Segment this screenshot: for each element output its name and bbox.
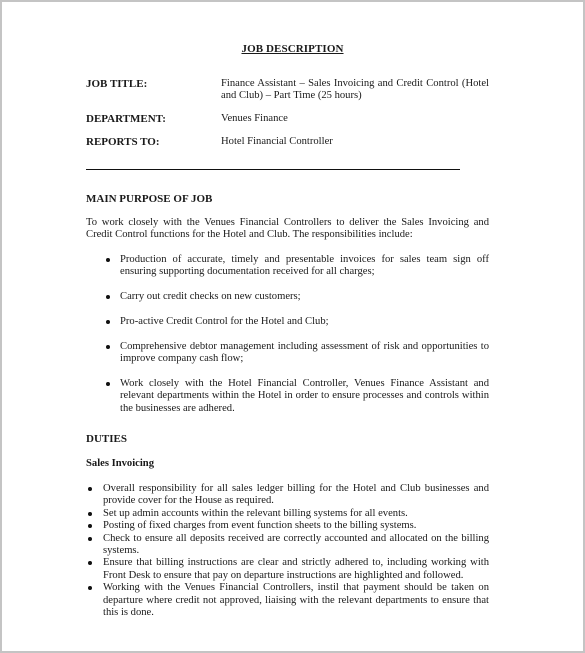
list-item-text: Overall responsibility for all sales led… — [103, 483, 489, 506]
list-item-text: Check to ensure all deposits received ar… — [103, 533, 489, 556]
bullet-icon — [106, 258, 110, 262]
job-title-label: JOB TITLE: — [86, 78, 147, 90]
sales-invoicing-subheading: Sales Invoicing — [86, 458, 154, 470]
bullet-icon — [88, 524, 92, 528]
department-value: Venues Finance — [221, 113, 489, 125]
bullet-icon — [106, 295, 110, 299]
list-item-text: Posting of fixed charges from event func… — [103, 520, 416, 531]
list-item-text: Comprehensive debtor management includin… — [120, 341, 489, 364]
main-purpose-heading: MAIN PURPOSE OF JOB — [86, 193, 212, 205]
department-label: DEPARTMENT: — [86, 113, 166, 125]
duties-list: Overall responsibility for all sales led… — [103, 483, 489, 619]
duties-heading: DUTIES — [86, 433, 127, 445]
main-purpose-intro: To work closely with the Venues Financia… — [86, 217, 489, 242]
list-item: Overall responsibility for all sales led… — [103, 483, 489, 508]
list-item: Comprehensive debtor management includin… — [120, 341, 489, 366]
bullet-icon — [88, 512, 92, 516]
list-item: Ensure that billing instructions are cle… — [103, 557, 489, 582]
reports-to-value: Hotel Financial Controller — [221, 136, 489, 148]
section-divider — [86, 169, 460, 170]
list-item-text: Work closely with the Hotel Financial Co… — [120, 378, 489, 414]
list-item: Work closely with the Hotel Financial Co… — [120, 378, 489, 415]
bullet-icon — [106, 382, 110, 386]
document-page: JOB DESCRIPTION JOB TITLE: Finance Assis… — [0, 0, 585, 653]
list-item: Set up admin accounts within the relevan… — [103, 508, 489, 520]
bullet-icon — [88, 537, 92, 541]
bullet-icon — [106, 345, 110, 349]
list-item-text: Carry out credit checks on new customers… — [120, 291, 301, 302]
list-item-text: Production of accurate, timely and prese… — [120, 254, 489, 277]
responsibilities-list: Production of accurate, timely and prese… — [120, 254, 489, 428]
bullet-icon — [88, 586, 92, 590]
list-item: Check to ensure all deposits received ar… — [103, 533, 489, 558]
list-item: Working with the Venues Financial Contro… — [103, 582, 489, 619]
list-item-text: Set up admin accounts within the relevan… — [103, 508, 408, 519]
bullet-icon — [88, 487, 92, 491]
reports-to-label: REPORTS TO: — [86, 136, 159, 148]
list-item-text: Working with the Venues Financial Contro… — [103, 582, 489, 618]
document-title: JOB DESCRIPTION — [2, 43, 583, 55]
list-item-text: Pro-active Credit Control for the Hotel … — [120, 316, 329, 327]
list-item: Posting of fixed charges from event func… — [103, 520, 489, 532]
bullet-icon — [88, 561, 92, 565]
list-item: Production of accurate, timely and prese… — [120, 254, 489, 279]
list-item-text: Ensure that billing instructions are cle… — [103, 557, 489, 580]
list-item: Carry out credit checks on new customers… — [120, 291, 489, 303]
list-item: Pro-active Credit Control for the Hotel … — [120, 316, 489, 328]
job-title-value: Finance Assistant – Sales Invoicing and … — [221, 78, 489, 103]
bullet-icon — [106, 320, 110, 324]
